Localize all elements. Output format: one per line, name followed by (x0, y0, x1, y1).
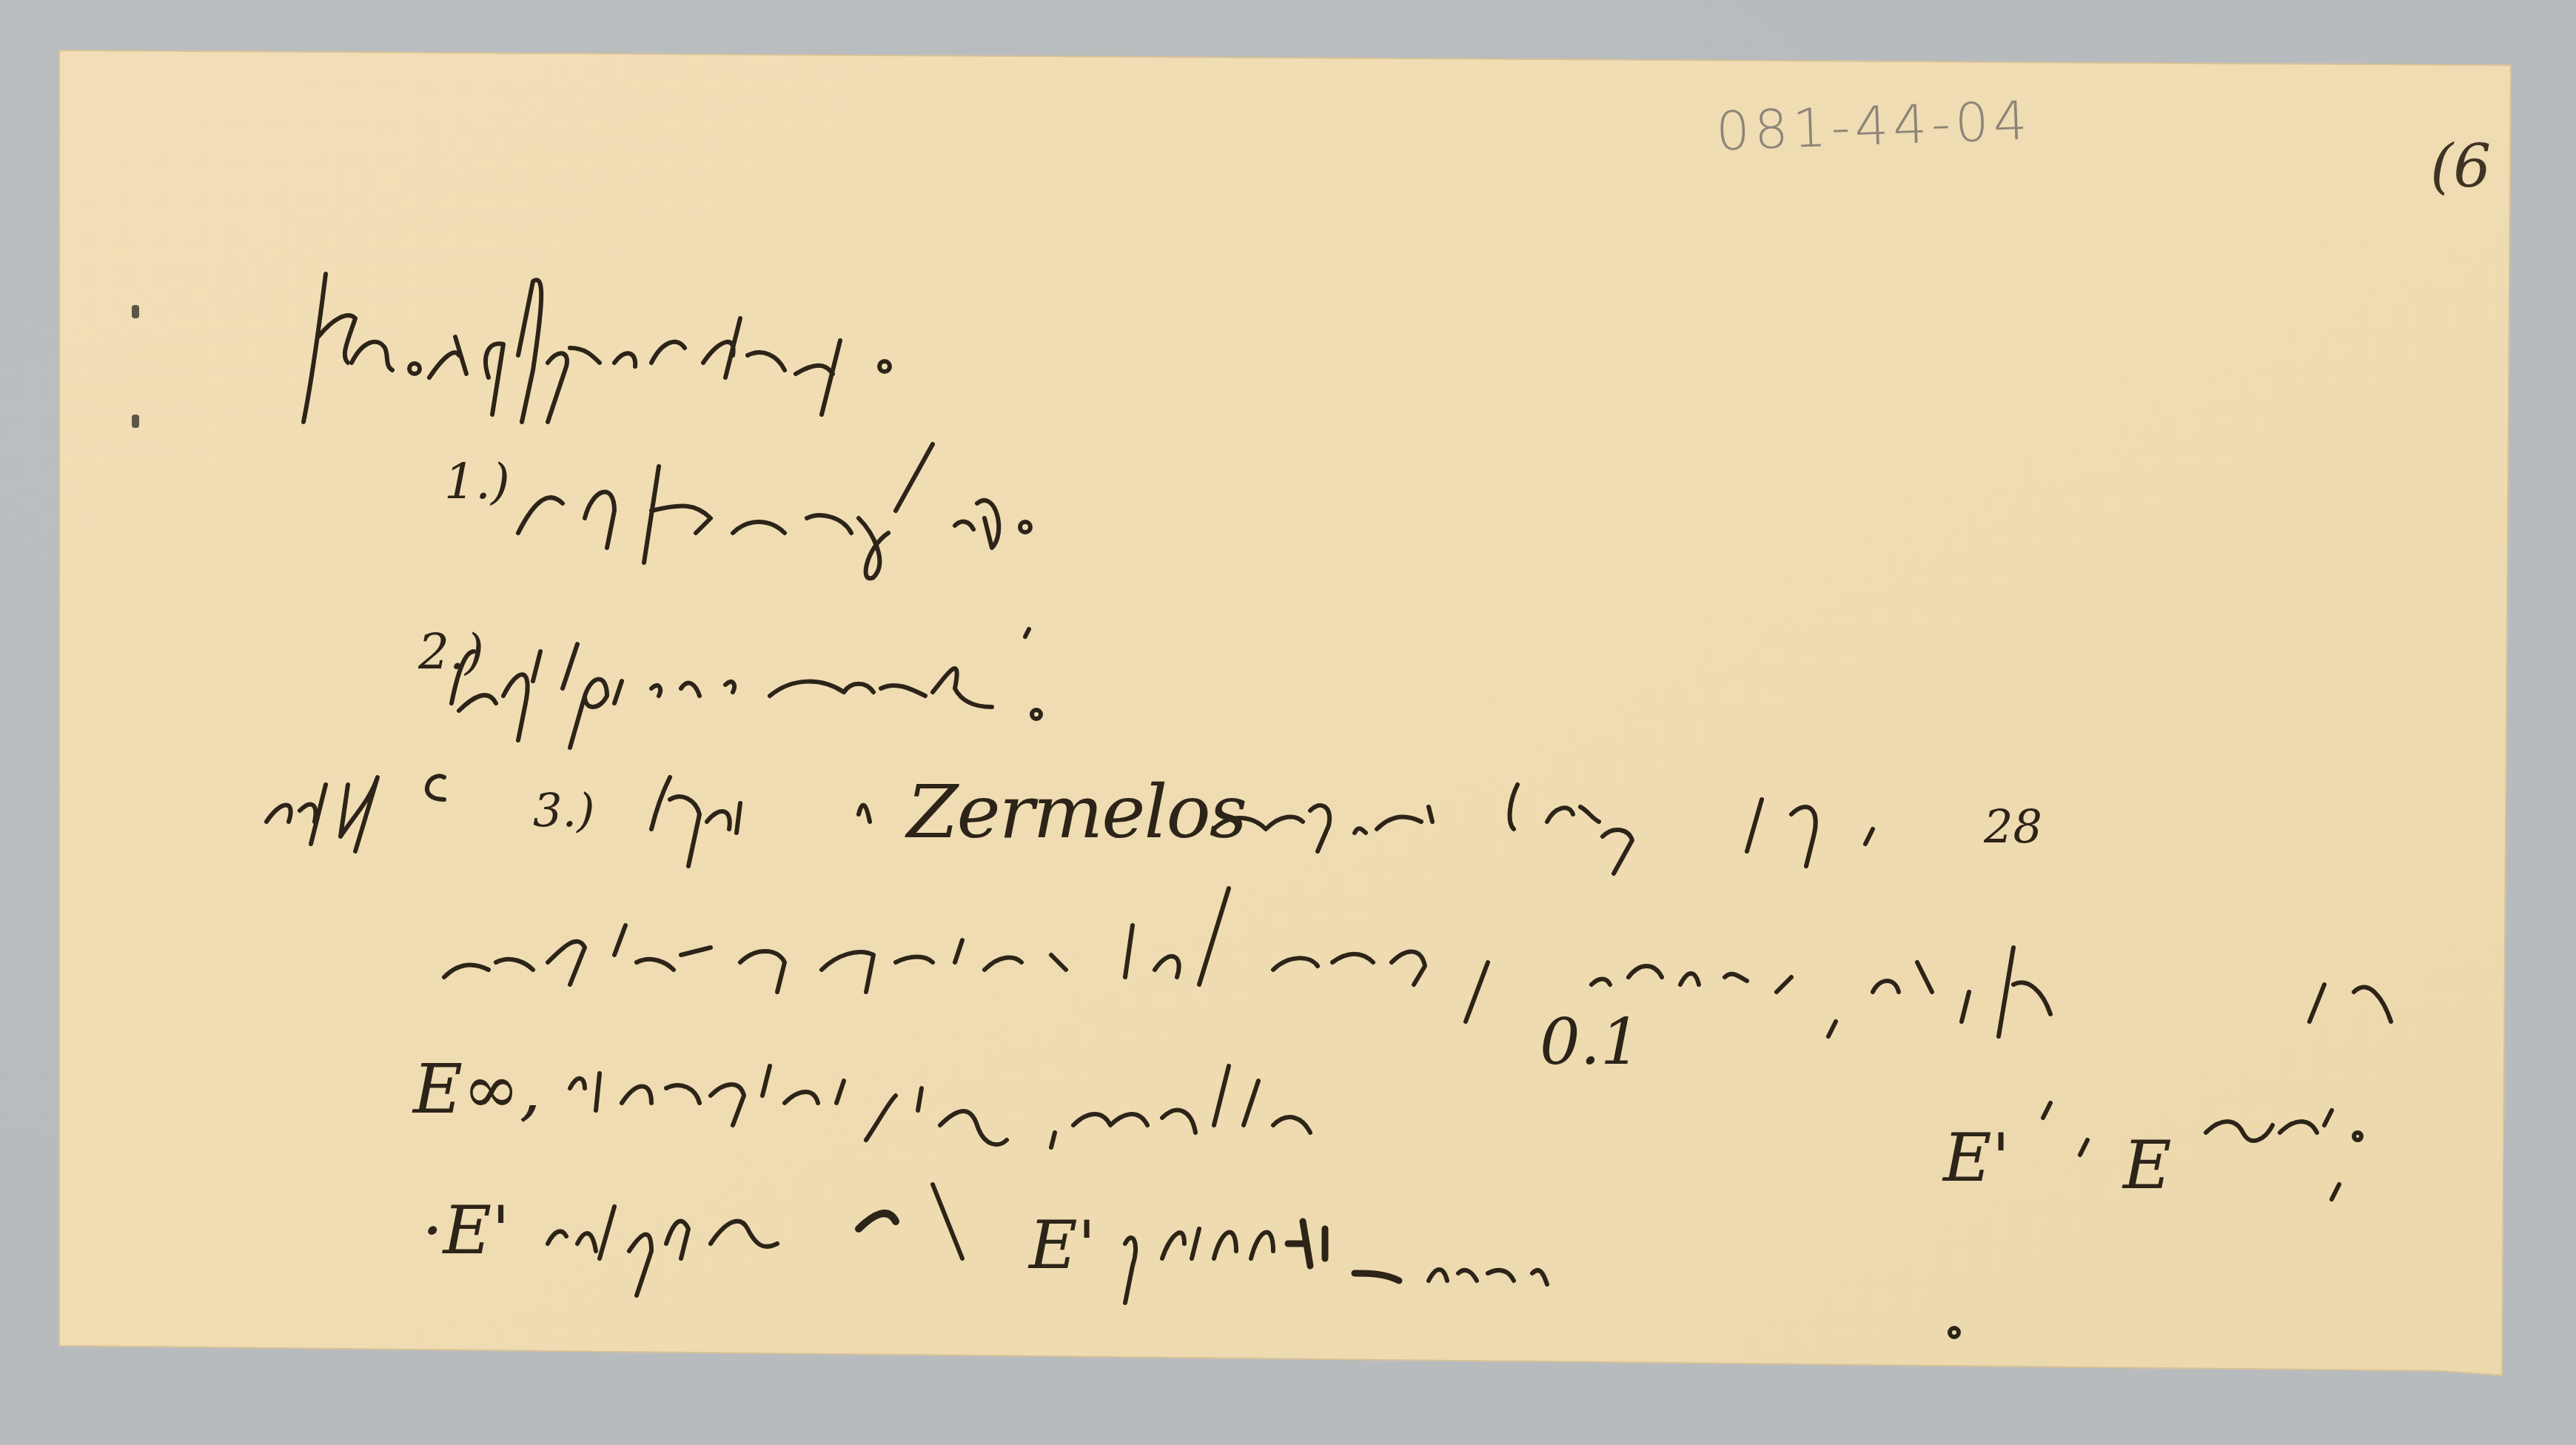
number-zero: 0.1 (1540, 1005, 1641, 1079)
item-3-label: 3.) (533, 783, 594, 837)
number-28: 28 (1984, 799, 2042, 854)
e-prime-symbol: ·E' (422, 1192, 510, 1270)
zermelos-word: Zermelos (907, 768, 1246, 855)
item-1-label: 1.) (444, 453, 510, 510)
punch-hole-mark (132, 415, 139, 428)
paper-sheet (0, 0, 2576, 1445)
e-prime-symbol: E' (1029, 1207, 1096, 1284)
manuscript-page: 081-44-04 (6 1.) 2.) 3.) Zermelos 28 0.1… (0, 0, 2576, 1445)
punch-hole-mark (132, 305, 139, 318)
e-infinity-symbol: E∞, (413, 1050, 541, 1129)
archive-number: 081-44-04 (1715, 90, 2033, 163)
page-number-mark: (6 (2430, 132, 2491, 201)
e-prime-symbol: E' (1943, 1119, 2010, 1197)
item-2-label: 2.) (418, 623, 484, 680)
e-symbol: E (2123, 1127, 2172, 1204)
